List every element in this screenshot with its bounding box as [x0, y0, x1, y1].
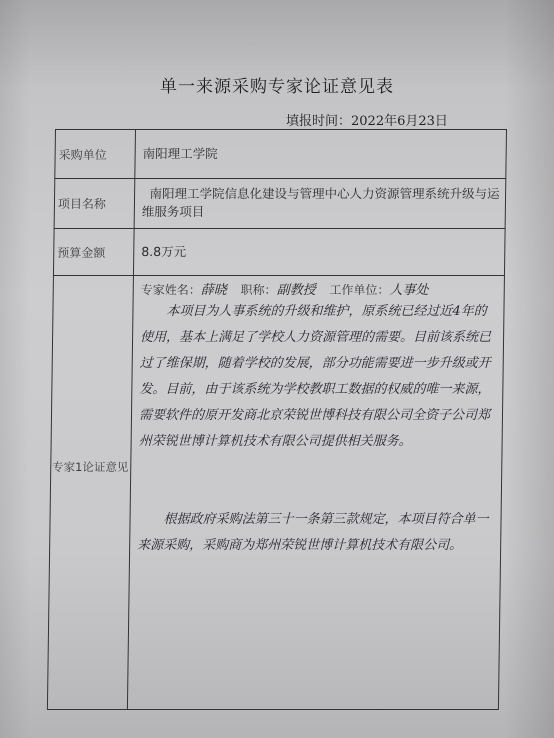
- photo-shadow-right: [504, 0, 554, 738]
- photo-shadow-left: [0, 0, 30, 738]
- expert-unit-label: 工作单位：: [329, 283, 389, 297]
- fill-date: 填报时间：2022年6月23日: [286, 110, 448, 129]
- fill-date-label: 填报时间：: [286, 114, 351, 129]
- label-expert-opinion: 专家1论证意见: [50, 459, 130, 475]
- value-project-name: 南阳理工学院信息化建设与管理中心人力资源管理系统升级与运维服务项目: [142, 185, 501, 221]
- row-divider: [53, 275, 505, 276]
- expert-name: 薛晓: [201, 283, 227, 298]
- expert-info-line: 专家姓名：薛晓 职称：副教授 工作单位：人事处: [141, 279, 439, 298]
- expert-title: 副教授: [277, 283, 316, 298]
- label-project-name: 项目名称: [58, 195, 106, 212]
- row-divider: [54, 178, 506, 179]
- label-purchaser: 采购单位: [59, 146, 107, 163]
- opinion-paragraph-1: 本项目为人事系统的升级和维护，原系统已经过近4年的使用，基本上满足了学校人力资源…: [138, 299, 496, 455]
- document-title: 单一来源采购专家论证意见表: [0, 72, 554, 97]
- value-budget: 8.8万元: [141, 243, 499, 261]
- fill-date-value: 2022年6月23日: [351, 114, 448, 129]
- opinion-paragraph-2: 根据政府采购法第三十一条第三款规定，本项目符合单一来源采购，采购商为郑州荣锐世博…: [137, 507, 494, 559]
- form-table: 采购单位 南阳理工学院 项目名称 南阳理工学院信息化建设与管理中心人力资源管理系…: [47, 129, 507, 710]
- label-budget: 预算金额: [57, 244, 105, 261]
- expert-unit: 人事处: [389, 283, 428, 298]
- expert-name-label: 专家姓名：: [141, 283, 201, 297]
- value-purchaser: 南阳理工学院: [143, 145, 501, 163]
- row-divider: [54, 228, 506, 229]
- expert-title-label: 职称：: [241, 283, 277, 297]
